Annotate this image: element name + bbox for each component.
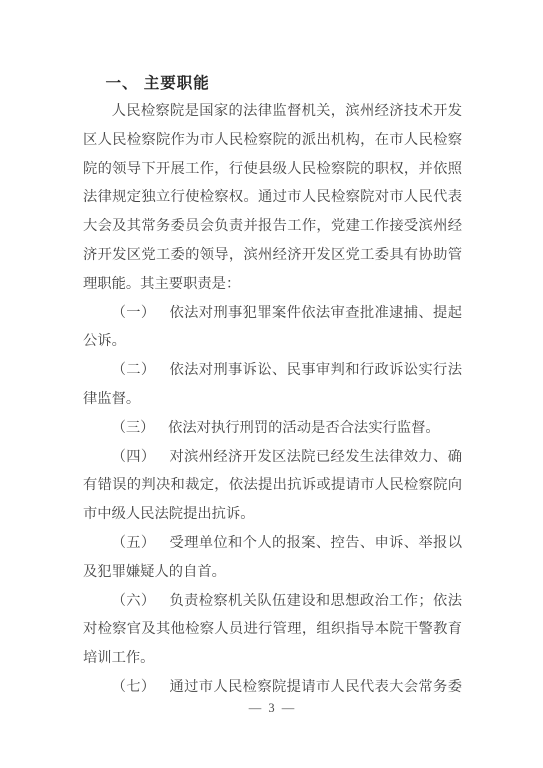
section-heading: 一、 主要职能 [83,70,462,97]
intro-paragraph: 人民检察院是国家的法律监督机关，滨州经济技术开发区人民检察院作为市人民检察院的派… [83,97,462,299]
document-page: 一、 主要职能 人民检察院是国家的法律监督机关，滨州经济技术开发区人民检察院作为… [0,0,543,768]
list-item-7-label: （七） [112,679,156,695]
document-content: 一、 主要职能 人民检察院是国家的法律监督机关，滨州经济技术开发区人民检察院作为… [83,70,462,702]
list-item-1-label: （一） [112,305,156,321]
list-item-6-label: （六） [112,593,156,609]
list-item-1: （一）依法对刑事犯罪案件依法审查批准逮捕、提起公诉。 [83,299,462,357]
page-number: — 3 — [83,698,462,718]
list-item-6: （六）负责检察机关队伍建设和思想政治工作；依法对检察官及其他检察人员进行管理，组… [83,587,462,673]
list-item-2-label: （二） [112,362,156,378]
list-item-4: （四）对滨州经济开发区法院已经发生法律效力、确有错误的判决和裁定，依法提出抗诉或… [83,443,462,529]
list-item-5-label: （五） [112,535,156,551]
list-item-3-text: 依法对执行刑罚的活动是否合法实行监督。 [168,420,440,436]
list-item-7-text: 通过市人民检察院提请市人民代表大会常务委 [169,679,462,695]
list-item-4-label: （四） [112,449,156,465]
list-item-3: （三）依法对执行刑罚的活动是否合法实行监督。 [83,414,462,443]
list-item-3-label: （三） [112,420,155,436]
list-item-5: （五）受理单位和个人的报案、控告、申诉、举报以及犯罪嫌疑人的自首。 [83,529,462,587]
list-item-2: （二）依法对刑事诉讼、民事审判和行政诉讼实行法律监督。 [83,356,462,414]
